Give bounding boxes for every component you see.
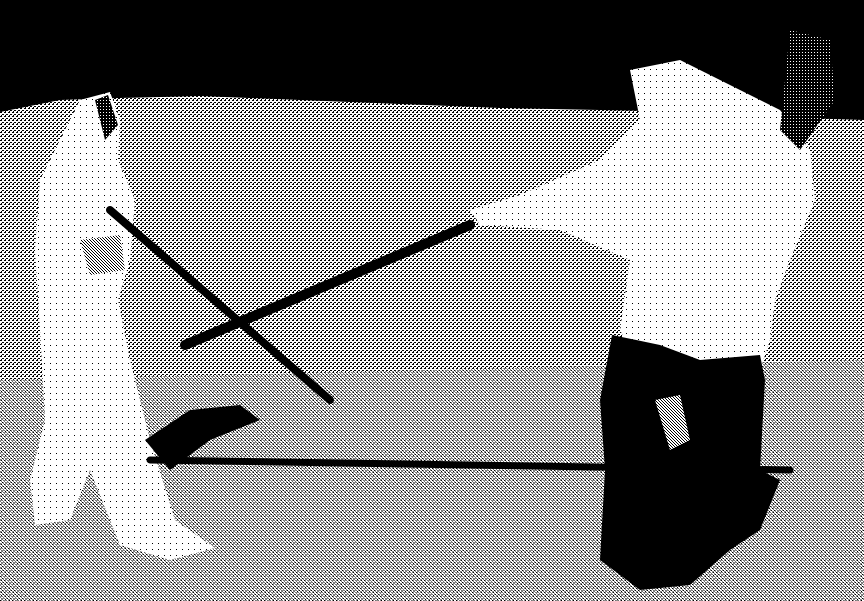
dithered-photo (0, 0, 864, 601)
photo-scene (0, 0, 864, 601)
